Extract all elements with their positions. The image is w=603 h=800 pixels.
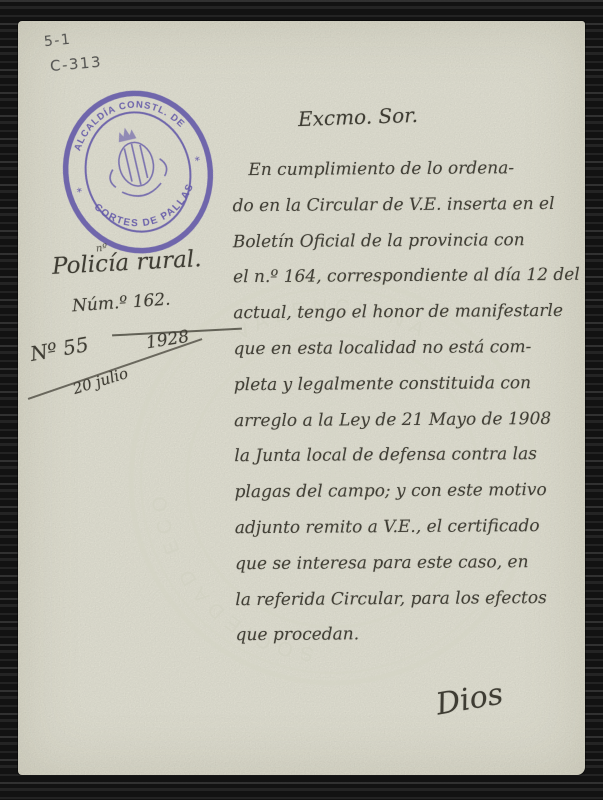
letter-body-line: En cumplimiento de lo ordena- [232,151,572,189]
letter-body-line: adjunto remito a V.E., el certificado [235,509,575,547]
letter-body-line: que procedan. [236,616,576,654]
letter-body-line: pleta y legalmente constituida con [234,366,574,404]
stamp-star-right-icon: * [194,154,203,168]
letter-body-line: que se interesa para este caso, en [235,545,575,583]
stamp-coat-of-arms [100,123,171,202]
archive-code-1: 5-1 [43,32,72,51]
letter-body-line: Boletín Oficial de la provincia con [233,222,573,260]
letter-body-line: el n.º 164, correspondiente al día 12 de… [233,258,573,296]
letter-body-line: la referida Circular, para los efectos [235,580,575,618]
scanned-document: VALENCIANA SOCIEDAD ECO 5-1 C-313 [0,0,603,800]
letter-body-line: actual, tengo el honor de manifestarle [233,294,573,332]
letter-body: En cumplimiento de lo ordena- do en la C… [232,151,575,655]
stamp-star-left-icon: * [76,185,85,199]
letter-body-line: la Junta local de defensa contra las [234,437,574,475]
letter-body-line: plagas del campo; y con este motivo [235,473,575,511]
letter-salutation: Excmo. Sor. [298,103,419,131]
letter-body-line: do en la Circular de V.E. inserta en el [233,187,573,225]
letter-body-line: arreglo a la Ley de 21 Mayo de 1908 [234,401,574,439]
letter-body-line: que en esta localidad no está com- [234,330,574,368]
